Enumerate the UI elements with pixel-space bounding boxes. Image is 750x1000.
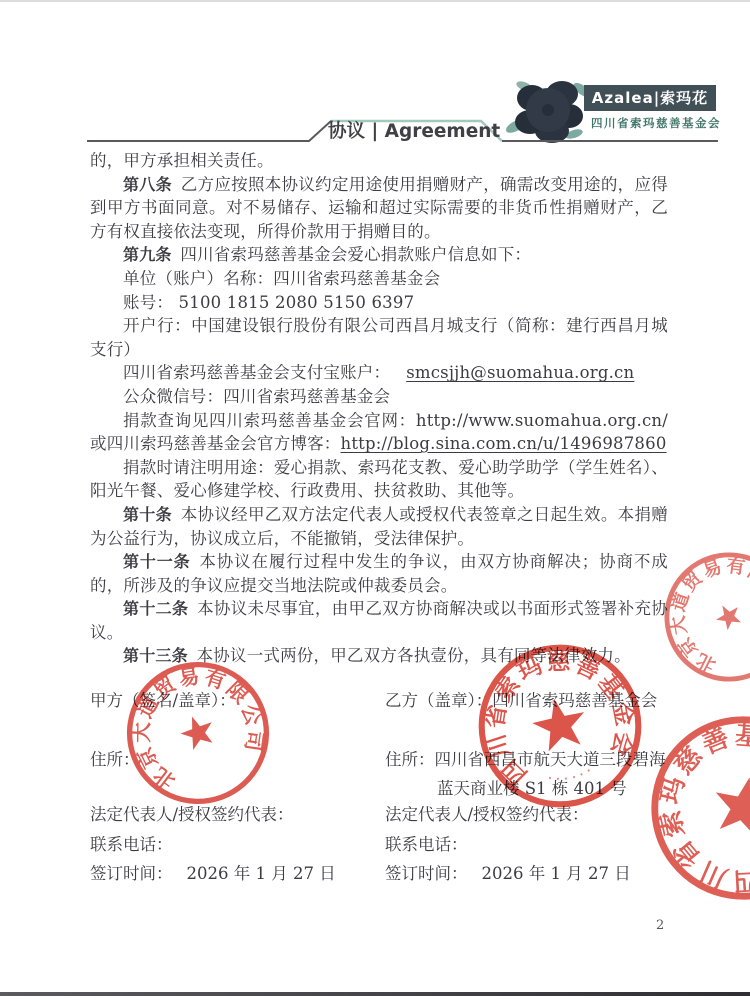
party-b-label: 乙方（盖章）：四川省索玛慈善基金会	[385, 687, 657, 711]
page-header-title: 协议 | Agreement	[328, 117, 492, 143]
blog-link: http://blog.sina.com.cn/u/1496987860	[341, 434, 667, 453]
party-b-address-line2: 蓝天商业楼 S1 栋 401 号	[437, 775, 627, 799]
svg-text:·······: ·······	[719, 780, 750, 866]
paragraph-article-13: 第十三条本协议一式两份，甲乙双方各执壹份，具有同等法律效力。	[90, 644, 668, 668]
scan-edge-bottom	[0, 992, 750, 996]
logo-badge: Azalea|索玛花	[584, 85, 716, 111]
paragraph-wechat: 公众微信号：四川省索玛慈善基金会	[90, 385, 668, 409]
paragraph-article-12: 第十二条本协议未尽事宜，由甲乙双方协商解决或以书面形式签署补充协议。	[90, 597, 668, 644]
party-b-sign-date: 签订时间：2026 年 1 月 27 日	[385, 860, 631, 884]
paragraph-bank: 开户行：中国建设银行股份有限公司西昌月城支行（简称：建行西昌月城支行）	[90, 314, 668, 361]
paragraph-article-9: 第九条四川省索玛慈善基金会爱心捐款账户信息如下：	[90, 243, 668, 267]
paragraph-account-number: 账号： 5100 1815 2080 5150 6397	[90, 291, 668, 315]
document-body: 的，甲方承担相关责任。 第八条乙方应按照本协议约定用途使用捐赠财产，确需改变用途…	[90, 149, 668, 668]
party-a-phone: 联系电话：	[90, 831, 173, 855]
alipay-account-link: smcsjjh@suomahua.org.cn	[406, 363, 634, 382]
party-a-representative: 法定代表人/授权签约代表：	[90, 801, 294, 825]
paragraph-article-10: 第十条本协议经甲乙双方法定代表人或授权代表签章之日起生效。本捐赠为公益行为，协议…	[90, 503, 668, 550]
paragraph-account-name: 单位（账户）名称：四川省索玛慈善基金会	[90, 267, 668, 291]
party-b-address: 住所：四川省西昌市航天大道三段碧海	[385, 746, 666, 770]
party-b-name: 四川省索玛慈善基金会	[492, 691, 657, 710]
paragraph-website-blog: 捐款查询见四川索玛慈善基金会官网：http://www.suomahua.org…	[90, 409, 668, 456]
paragraph-article-8: 第八条乙方应按照本协议约定用途使用捐赠财产，确需改变用途的，应得到甲方书面同意。…	[90, 173, 668, 244]
party-a-sign-date: 签订时间：2026 年 1 月 27 日	[90, 860, 336, 884]
paragraph-article-11: 第十一条本协议在履行过程中发生的争议，由双方协商解决；协商不成的，所涉及的争议应…	[90, 550, 668, 597]
foundation-stamp-partial: 四川省索玛慈善基金会 ·······	[609, 674, 750, 942]
party-b-representative: 法定代表人/授权签约代表：	[385, 801, 589, 825]
paragraph: 的，甲方承担相关责任。	[90, 149, 668, 173]
party-a-address: 住所：	[90, 746, 140, 770]
party-a-label: 甲方（签名/盖章）：	[90, 687, 236, 711]
paragraph-donation-purpose: 捐款时请注明用途：爱心捐款、索玛花支教、爱心助学助学（学生姓名）、阳光午餐、爱心…	[90, 456, 668, 503]
svg-text:四川省索玛慈善基金会: 四川省索玛慈善基金会	[622, 688, 750, 915]
scan-edge-top	[0, 0, 750, 2]
party-b-phone: 联系电话：	[385, 831, 468, 855]
paragraph-alipay: 四川省索玛慈善基金会支付宝账户：smcsjjh@suomahua.org.cn	[90, 361, 668, 385]
page-number: 2	[656, 918, 664, 933]
